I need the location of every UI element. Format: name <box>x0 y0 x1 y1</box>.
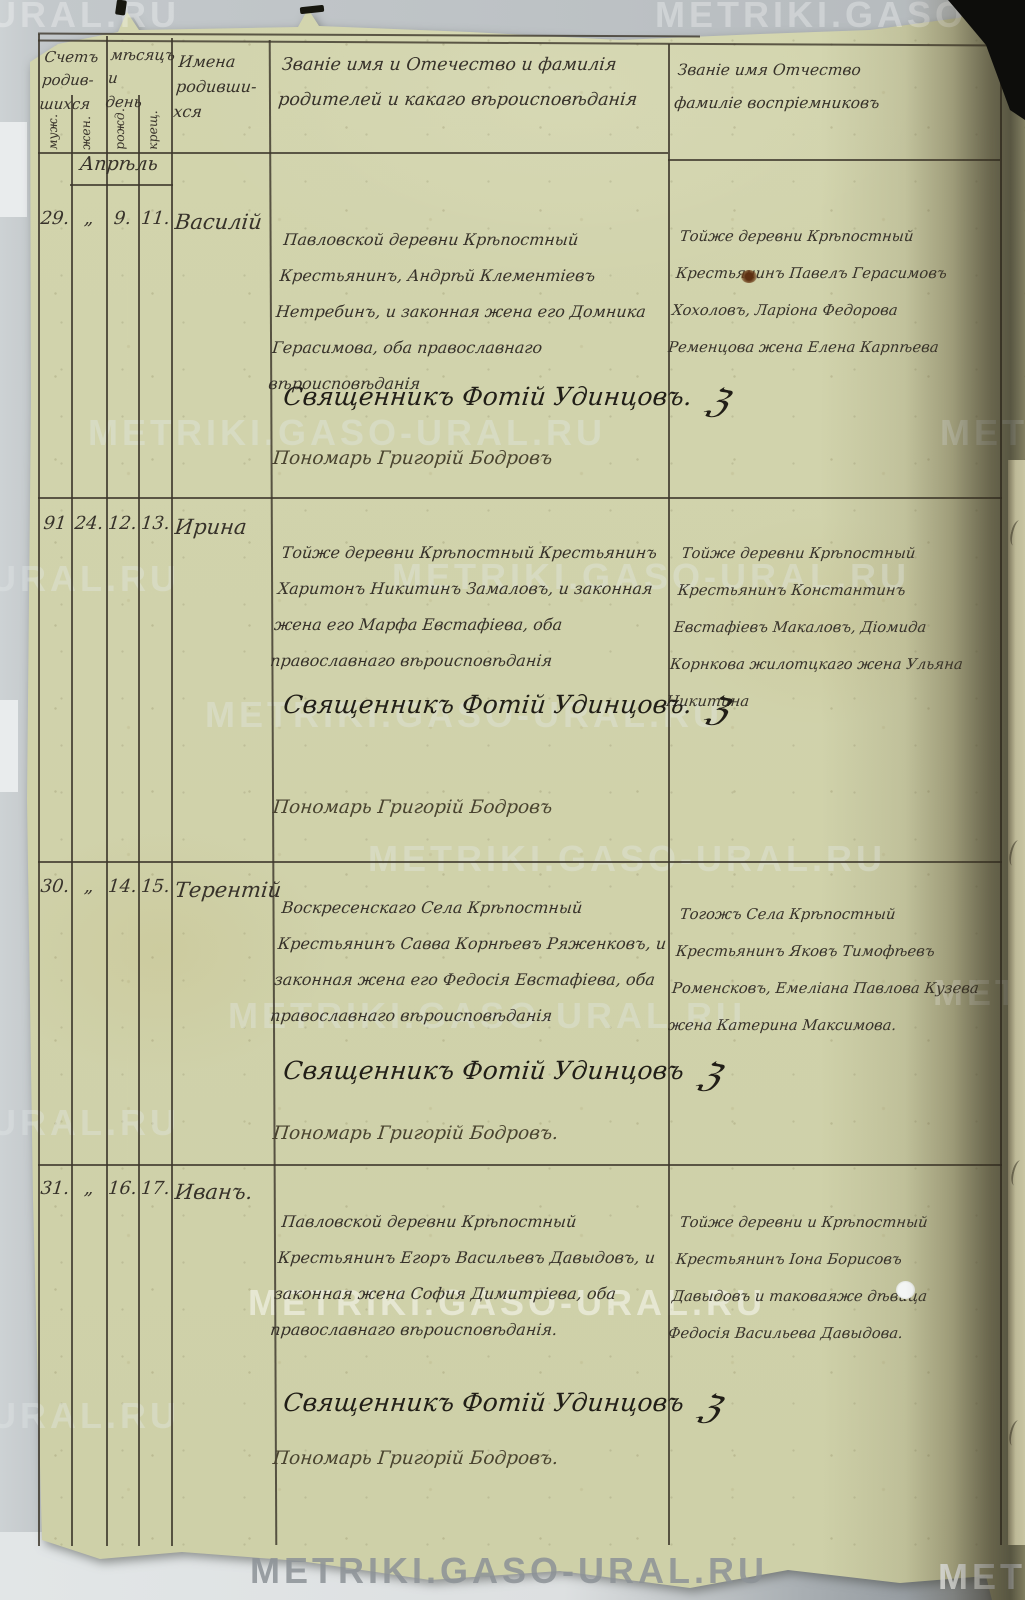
month-label: Апрѣль <box>79 153 159 175</box>
month-underline <box>70 184 173 186</box>
header-names-col: Имена родивши- хся <box>172 50 275 124</box>
header-sub-female: жен. <box>78 95 93 150</box>
header-sub-born: рожд. <box>112 95 127 150</box>
male-count: 29. <box>37 208 73 229</box>
header-sub-male: муж. <box>45 95 60 150</box>
ink-speck <box>115 0 127 16</box>
female-count: „ <box>71 208 107 229</box>
edge-ink-mark <box>1009 1159 1025 1187</box>
child-name: Иванъ. <box>174 1180 279 1204</box>
birth-day: 12. <box>106 513 139 534</box>
clerk-signature: Пономарь Григорій Бодровъ <box>272 797 814 818</box>
female-count: „ <box>71 1178 107 1199</box>
record-row: 30. „ 14. 15. Терентій Воскресенскаго Се… <box>38 868 1002 1164</box>
parents-entry: Воскресенскаго Села Крѣпостный Крестьяни… <box>268 890 681 1034</box>
next-page-edge <box>1008 460 1025 1545</box>
header-parents-col: Званіе имя и Отечество и фамилія родител… <box>276 48 671 118</box>
record-row: 29. „ 9. 11. Василій Павловской деревни … <box>38 200 1002 497</box>
edge-ink-mark <box>1007 839 1024 867</box>
male-count: 31. <box>37 1178 73 1199</box>
signature-flourish-icon: ℨ <box>702 688 734 731</box>
baptism-day: 11. <box>138 208 173 229</box>
record-row: 31. „ 16. 17. Иванъ. Павловской деревни … <box>38 1170 1002 1555</box>
table-line-horizontal <box>38 497 1002 499</box>
baptism-day: 17. <box>138 1178 173 1199</box>
birth-day: 9. <box>106 208 139 229</box>
parents-entry: Тойже деревни Крѣпостный Крестьянинъ Хар… <box>268 535 681 679</box>
edge-ink-mark <box>1007 1419 1024 1447</box>
birth-day: 16. <box>106 1178 139 1199</box>
priest-signature: Священникъ Фотій Удинцовъ.ℨ <box>281 382 845 422</box>
child-name: Ирина <box>174 515 279 539</box>
scanned-metric-book-page: METRIKI.GASO-URAL.RU METRIKI.GASO-URAL.R… <box>0 0 1025 1600</box>
record-row: 91 24. 12. 13. Ирина Тойже деревни Крѣпо… <box>38 505 1002 861</box>
watermark-text: METRIKI.GASO-URAL.RU <box>0 0 180 36</box>
table-line-horizontal <box>38 1164 1002 1166</box>
child-name: Терентій <box>174 878 279 902</box>
signature-flourish-icon: ℨ <box>694 1386 726 1429</box>
baptism-day: 13. <box>138 513 173 534</box>
signature-flourish-icon: ℨ <box>702 380 734 423</box>
clerk-signature: Пономарь Григорій Бодровъ. <box>272 1123 814 1144</box>
watermark-text: METRIKI.GASO-URAL.RU <box>250 1550 768 1592</box>
clerk-signature: Пономарь Григорій Бодровъ <box>272 448 814 469</box>
ink-blot <box>741 270 757 283</box>
edge-ink-mark <box>1008 519 1025 547</box>
birth-day: 14. <box>106 876 139 897</box>
clerk-signature: Пономарь Григорій Бодровъ. <box>272 1448 814 1469</box>
parents-entry: Павловской деревни Крѣпостный Крестьянин… <box>267 222 684 402</box>
male-count: 91 <box>37 513 73 534</box>
priest-signature: Священникъ Фотій Удинцовъ.ℨ <box>281 690 845 730</box>
child-name: Василій <box>174 210 279 234</box>
male-count: 30. <box>37 876 73 897</box>
parents-entry: Павловской деревни Крѣпостный Крестьянин… <box>268 1204 681 1348</box>
priest-signature: Священникъ Фотій Удинцовъℨ <box>281 1056 845 1096</box>
header-sub-baptized: крещ. <box>145 95 160 150</box>
female-count: 24. <box>71 513 107 534</box>
female-count: „ <box>71 876 107 897</box>
table-line-horizontal <box>38 861 1002 863</box>
binding-shadow <box>905 0 1025 1600</box>
signature-flourish-icon: ℨ <box>694 1054 726 1097</box>
priest-signature: Священникъ Фотій Удинцовъℨ <box>281 1388 845 1428</box>
baptism-day: 15. <box>138 876 173 897</box>
